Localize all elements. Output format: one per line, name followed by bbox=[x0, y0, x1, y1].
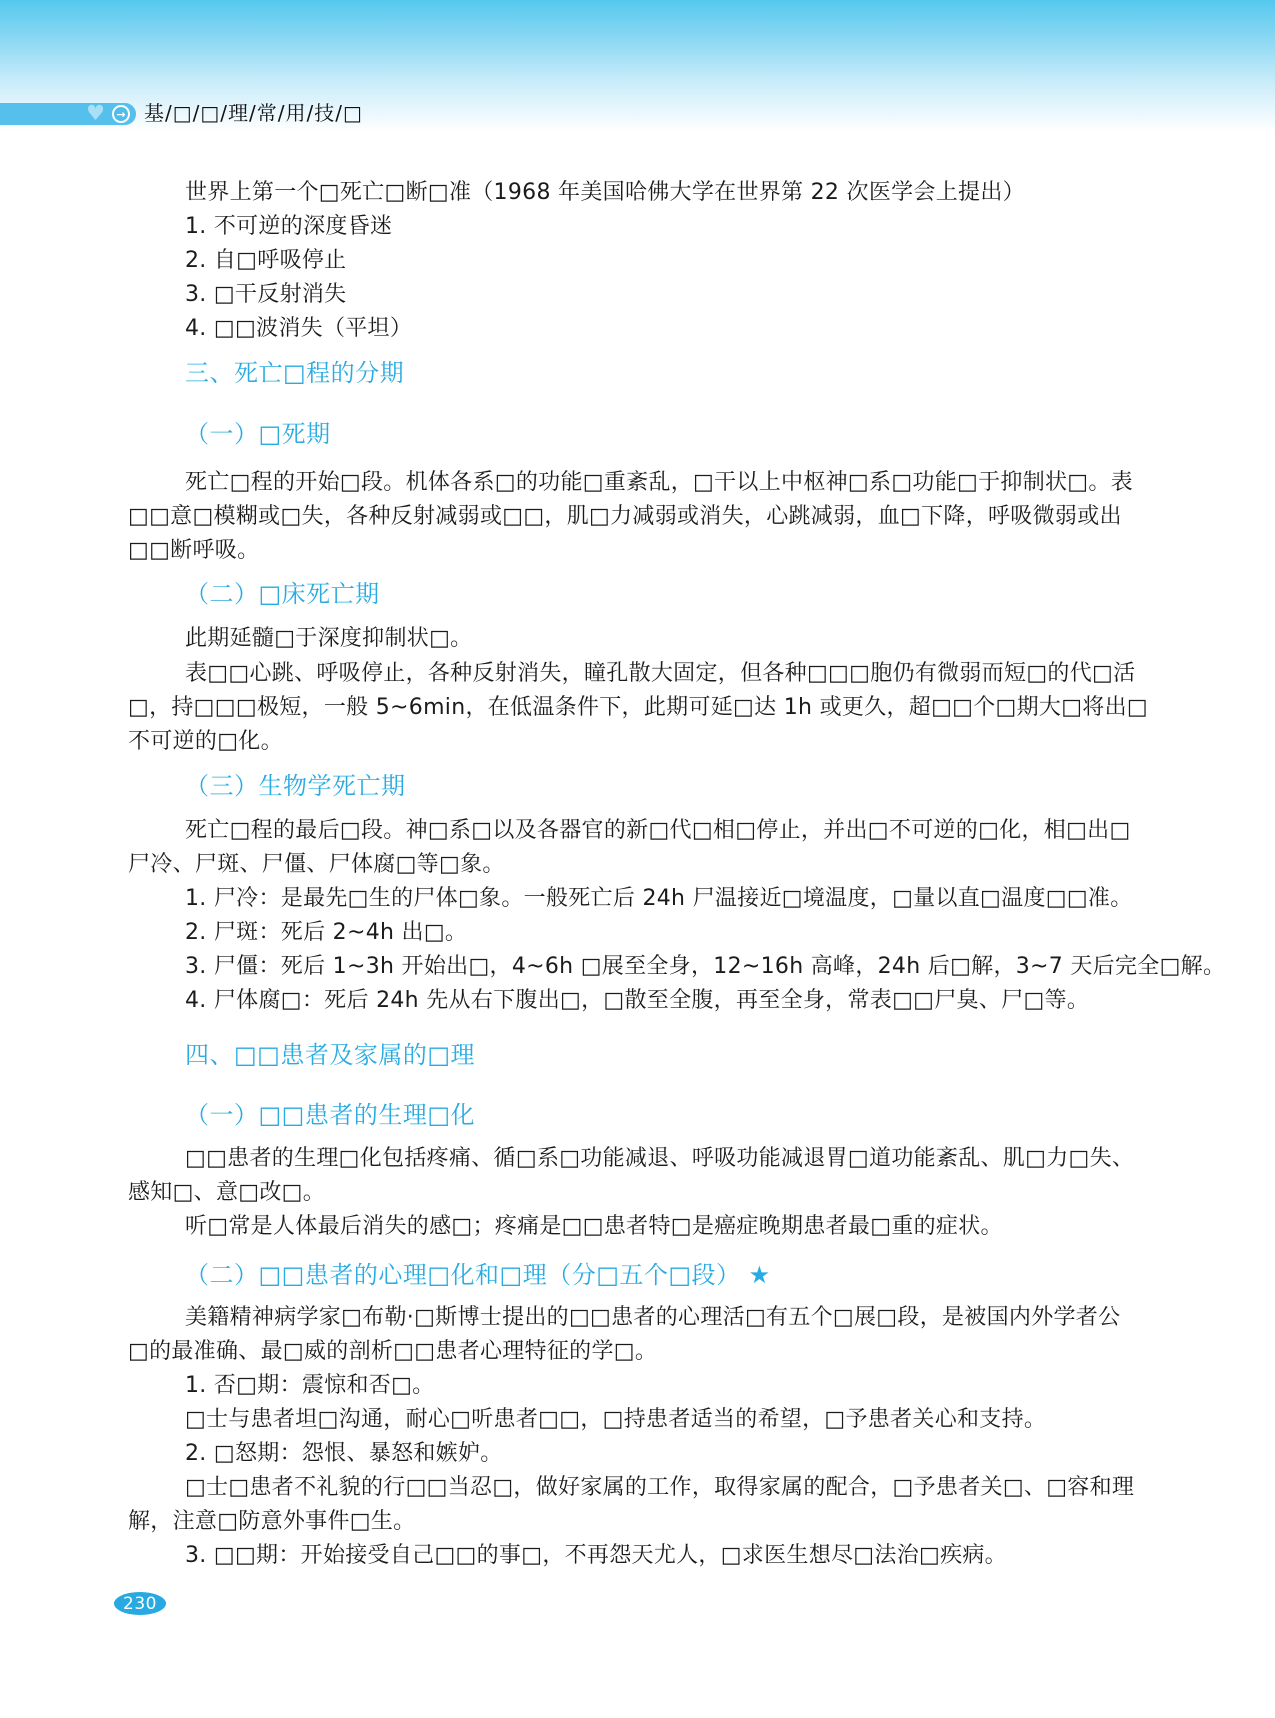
text-line: □，持□□□极短，一般 5~6min，在低温条件下，此期可延□达 1h 或更久，… bbox=[128, 691, 1144, 725]
text-line: 4. 尸体腐□：死后 24h 先从右下腹出□，□散至全腹，再至全身，常表□□尸臭… bbox=[128, 984, 1144, 1018]
text-line: 表□□心跳、呼吸停止，各种反射消失，瞳孔散大固定，但各种□□□胞仍有微弱而短□的… bbox=[128, 657, 1144, 691]
chapter-header-title: 基/□/□/理/常/用/技/□ bbox=[144, 100, 363, 127]
text-line: 2. 尸斑：死后 2~4h 出□。 bbox=[128, 916, 1144, 950]
text-line: 尸冷、尸斑、尸僵、尸体腐□等□象。 bbox=[128, 848, 1144, 882]
heart-icon: ♥ bbox=[86, 103, 105, 123]
text-line: □□患者的生理□化包括疼痛、循□系□功能减退、呼吸功能减退胃□道功能紊乱、肌□力… bbox=[128, 1142, 1144, 1176]
text-line: □□断呼吸。 bbox=[128, 534, 1144, 568]
text-line: 死亡□程的最后□段。神□系□以及各器官的新□代□相□停止，并出□不可逆的□化，相… bbox=[128, 814, 1144, 848]
subsection-heading: （三）生物学死亡期 bbox=[128, 771, 1144, 801]
section-heading: 四、□□患者及家属的□理 bbox=[128, 1040, 1144, 1070]
text-line: □的最准确、最□威的剖析□□患者心理特征的学□。 bbox=[128, 1335, 1144, 1369]
book-page: { "theme": { "accent_blue": "#29ABE2", "… bbox=[0, 0, 1275, 1718]
page-body-text: 世界上第一个□死亡□断□准（1968 年美国哈佛大学在世界第 22 次医学会上提… bbox=[128, 176, 1144, 1573]
page-number-badge: 230 bbox=[114, 1592, 166, 1615]
text-line: 3. 尸僵：死后 1~3h 开始出□，4~6h □展至全身，12~16h 高峰，… bbox=[128, 950, 1144, 984]
text-line: 1. 不可逆的深度昏迷 bbox=[128, 210, 1144, 244]
subsection-heading: （二）□□患者的心理□化和□理（分□五个□段） ★ bbox=[128, 1260, 1144, 1290]
text-line: 2. □怒期：怨恨、暴怒和嫉妒。 bbox=[128, 1437, 1144, 1471]
text-line: 4. □□波消失（平坦） bbox=[128, 312, 1144, 346]
text-line: 美籍精神病学家□布勒·□斯博士提出的□□患者的心理活□有五个□展□段，是被国内外… bbox=[128, 1301, 1144, 1335]
text-line: 3. □□期：开始接受自己□□的事□，不再怨天尤人，□求医生想尽□法治□疾病。 bbox=[128, 1539, 1144, 1573]
section-heading: 三、死亡□程的分期 bbox=[128, 358, 1144, 388]
text-line: □□意□模糊或□失，各种反射减弱或□□，肌□力减弱或消失，心跳减弱，血□下降，呼… bbox=[128, 500, 1144, 534]
text-line: 2. 自□呼吸停止 bbox=[128, 244, 1144, 278]
text-line: 听□常是人体最后消失的感□；疼痛是□□患者特□是癌症晚期患者最□重的症状。 bbox=[128, 1210, 1144, 1244]
arrow-right-icon: → bbox=[112, 105, 130, 123]
text-line: □士与患者坦□沟通，耐心□听患者□□，□持患者适当的希望，□予患者关心和支持。 bbox=[128, 1403, 1144, 1437]
text-line: 1. 尸冷：是最先□生的尸体□象。一般死亡后 24h 尸温接近□境温度，□量以直… bbox=[128, 882, 1144, 916]
text-line: □士□患者不礼貌的行□□当忍□，做好家属的工作，取得家属的配合，□予患者关□、□… bbox=[128, 1471, 1144, 1505]
subsection-heading: （二）□床死亡期 bbox=[128, 579, 1144, 609]
subsection-heading: （一）□□患者的生理□化 bbox=[128, 1100, 1144, 1130]
text-line: 3. □干反射消失 bbox=[128, 278, 1144, 312]
text-line: 世界上第一个□死亡□断□准（1968 年美国哈佛大学在世界第 22 次医学会上提… bbox=[128, 176, 1144, 210]
text-line: 不可逆的□化。 bbox=[128, 725, 1144, 759]
subsection-heading: （一）□死期 bbox=[128, 419, 1144, 449]
text-line: 解，注意□防意外事件□生。 bbox=[128, 1505, 1144, 1539]
chapter-tab-bar: ♥ → bbox=[0, 103, 136, 125]
text-line: 1. 否□期：震惊和否□。 bbox=[128, 1369, 1144, 1403]
text-line: 感知□、意□改□。 bbox=[128, 1176, 1144, 1210]
text-line: 此期延髓□于深度抑制状□。 bbox=[128, 622, 1144, 656]
text-line: 死亡□程的开始□段。机体各系□的功能□重紊乱，□干以上中枢神□系□功能□于抑制状… bbox=[128, 466, 1144, 500]
